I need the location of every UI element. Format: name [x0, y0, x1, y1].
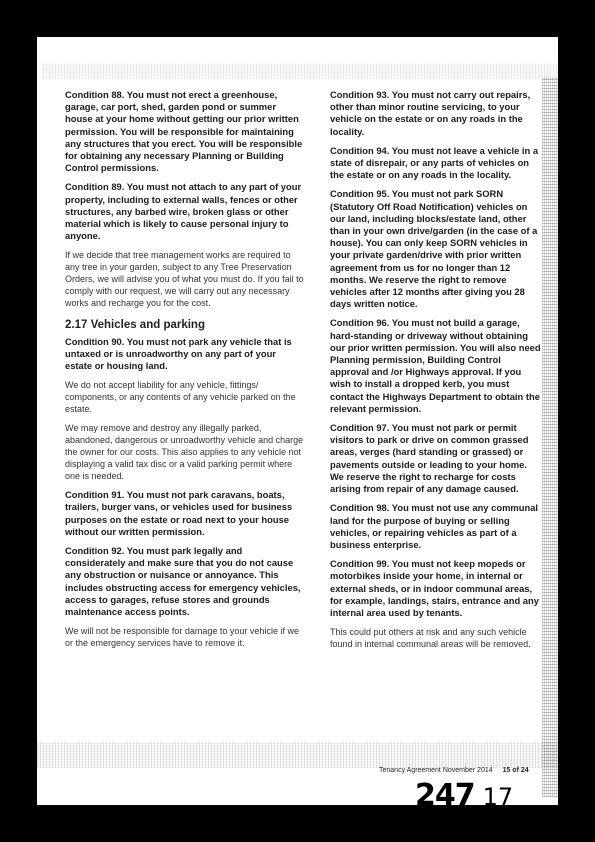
handwritten-main-number: 247 — [415, 778, 475, 805]
handwritten-annotation: 24717 — [415, 781, 513, 805]
condition-95: Condition 95. You must not park SORN (St… — [330, 188, 542, 310]
condition-91: Condition 91. You must not park caravans… — [65, 489, 305, 538]
scan-noise-bottom — [37, 742, 558, 768]
liability-paragraph: We do not accept liability for any vehic… — [65, 379, 305, 415]
condition-89: Condition 89. You must not attach to any… — [65, 181, 305, 242]
condition-98: Condition 98. You must not use any commu… — [330, 502, 542, 551]
condition-96: Condition 96. You must not build a garag… — [330, 317, 542, 415]
condition-92: Condition 92. You must park legally and … — [65, 545, 305, 618]
footer-title: Tenancy Agreement November 2014 — [379, 767, 493, 774]
page-footer: Tenancy Agreement November 2014 15 of 24 — [379, 767, 529, 774]
condition-93: Condition 93. You must not carry out rep… — [330, 89, 542, 138]
damage-paragraph: We will not be responsible for damage to… — [65, 625, 305, 649]
condition-94: Condition 94. You must not leave a vehic… — [330, 145, 542, 182]
condition-97: Condition 97. You must not park or permi… — [330, 422, 542, 495]
condition-88: Condition 88. You must not erect a green… — [65, 89, 305, 174]
tree-management-paragraph: If we decide that tree management works … — [65, 249, 305, 309]
scan-noise-right — [542, 77, 558, 797]
handwritten-secondary-number: 17 — [483, 783, 514, 805]
condition-90: Condition 90. You must not park any vehi… — [65, 336, 305, 373]
footer-page-number: 15 of 24 — [503, 767, 529, 774]
scan-noise-top — [43, 63, 558, 79]
removal-paragraph: We may remove and destroy any illegally … — [65, 422, 305, 482]
left-column: Condition 88. You must not erect a green… — [65, 89, 305, 656]
right-column: Condition 93. You must not carry out rep… — [330, 89, 542, 657]
condition-99: Condition 99. You must not keep mopeds o… — [330, 558, 542, 619]
risk-paragraph: This could put others at risk and any su… — [330, 626, 542, 650]
section-heading-vehicles: 2.17 Vehicles and parking — [65, 319, 305, 331]
scanned-page: Condition 88. You must not erect a green… — [37, 37, 558, 805]
